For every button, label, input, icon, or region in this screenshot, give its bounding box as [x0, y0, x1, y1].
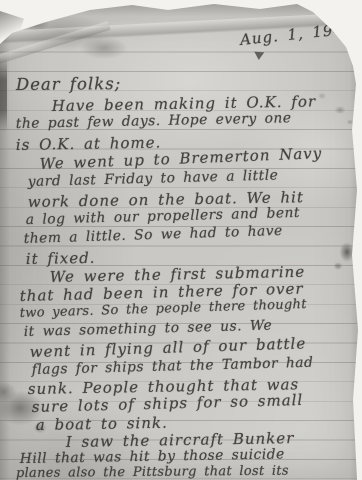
letter-photo: Aug. 1, 1945 Dear folks; Have been makin…: [0, 0, 362, 480]
letter-salutation: Dear folks;: [16, 74, 121, 94]
handwriting-line: it fixed.: [26, 249, 96, 268]
date-underline-mark: [254, 52, 265, 61]
handwriting-line: planes also the Pittsburg that lost its: [16, 464, 289, 480]
left-edge-ink-marks: [0, 58, 7, 132]
paper-sheet: Aug. 1, 1945 Dear folks; Have been makin…: [0, 0, 362, 480]
